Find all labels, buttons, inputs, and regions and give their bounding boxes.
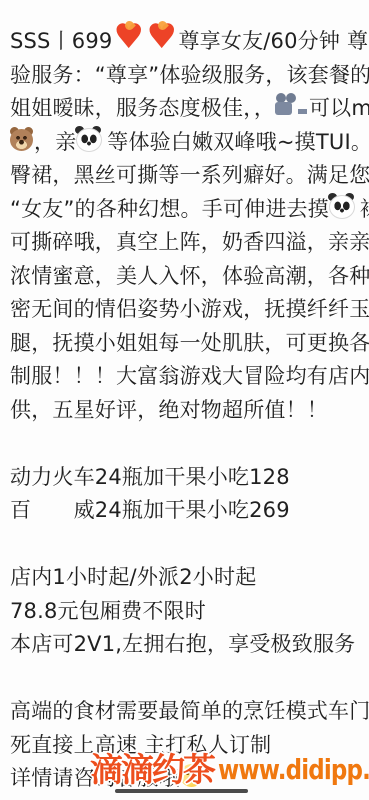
text-line: 密无间的情侣姿势小游戏，抚摸纤纤玉 [10,293,365,327]
text-segment: 浓情蜜意，美人入怀，体验高潮，各种亲 [10,264,369,288]
text-line: 店内1小时起/外派2小时起 [10,561,365,595]
panda-face-emoji [76,130,100,152]
bear-face-emoji [10,130,34,152]
text-line: 高端的食材需要最简单的烹饪模式车门焊 [10,695,365,729]
text-line: 验服务：“尊享”体验级服务，该套餐的小 [10,59,365,93]
watermark: 滴滴约茶www.didipp.xyz [90,744,369,791]
text-segment: 高端的食材需要最简单的烹饪模式车门焊 [10,699,369,723]
text-segment: 姐姐暧昧，服务态度极佳，， [10,96,275,120]
text-segment: ，亲 [34,130,76,154]
text-segment: 等体验白嫩双峰哦~摸TUI。包 [100,130,369,154]
panda-face-emoji [329,197,353,219]
text-segment: 供，五星好评，绝对物超所值！！ [10,398,328,422]
text-segment: 臀裙，黑丝可撕等一系列癖好。满足您对 [10,163,369,187]
text-line: 浓情蜜意，美人入怀，体验高潮，各种亲 [10,260,365,294]
text-segment: 动力火车24瓶加干果小吃128 [10,465,290,489]
text-segment: 可以mm [302,96,369,120]
text-segment: 百 威24瓶加干果小吃269 [10,498,290,522]
text-line: 本店可2V1,左拥右抱，享受极致服务 [10,628,365,662]
heart-on-fire-emoji [145,27,178,51]
text-line: 动力火车24瓶加干果小吃128 [10,461,365,495]
text-line [10,528,365,562]
text-line [10,662,365,696]
text-line: 78.8元包厢费不限时 [10,595,365,629]
text-segment: 密无间的情侣姿势小游戏，抚摸纤纤玉 [10,297,369,321]
text-segment: 腿，抚摸小姐姐每一处肌肤，可更换各种 [10,331,369,355]
text-content: SSS丨699尊享女友/60分钟 尊享体验服务：“尊享”体验级服务，该套餐的小姐… [10,25,365,796]
text-segment: 验服务：“尊享”体验级服务，该套餐的小 [10,63,369,87]
text-line: 供，五星好评，绝对物超所值！！ [10,394,365,428]
text-line: SSS丨699尊享女友/60分钟 尊享体 [10,25,365,59]
watermark-brand: 滴滴约茶 [90,744,214,791]
text-segment: 店内1小时起/外派2小时起 [10,565,256,589]
text-segment: 尊享女友/60分钟 尊享体 [178,29,369,53]
text-line: 百 威24瓶加干果小吃269 [10,494,365,528]
text-segment: 袜子 [353,197,369,221]
text-line: 可撕碎哦，真空上阵，奶香四溢，亲亲 [10,226,365,260]
text-line: 姐姐暧昧，服务态度极佳，， 可以mm [10,92,365,126]
heart-on-fire-emoji [112,27,145,51]
text-segment: 可撕碎哦，真空上阵，奶香四溢，亲亲 [10,230,369,254]
text-segment: 本店可2V1,左拥右抱，享受极致服务 [10,632,355,656]
page: SSS丨699尊享女友/60分钟 尊享体验服务：“尊享”体验级服务，该套餐的小姐… [0,0,369,800]
text-segment: 制服！！！大富翁游戏大冒险均有店内提 [10,364,369,388]
movie-camera-emoji [275,96,302,118]
text-line: 腿，抚摸小姐姐每一处肌肤，可更换各种 [10,327,365,361]
text-line: “女友”的各种幻想。手可伸进去摸 袜子 [10,193,365,227]
text-line: 臀裙，黑丝可撕等一系列癖好。满足您对 [10,159,365,193]
text-segment: SSS丨699 [10,29,112,53]
text-line [10,427,365,461]
text-segment: “女友”的各种幻想。手可伸进去摸 [10,197,329,221]
text-line: 制服！！！大富翁游戏大冒险均有店内提 [10,360,365,394]
text-segment: 78.8元包厢费不限时 [10,599,206,623]
text-line: ，亲 等体验白嫩双峰哦~摸TUI。包 [10,126,365,160]
watermark-url: www.didipp.xyz [218,753,369,786]
